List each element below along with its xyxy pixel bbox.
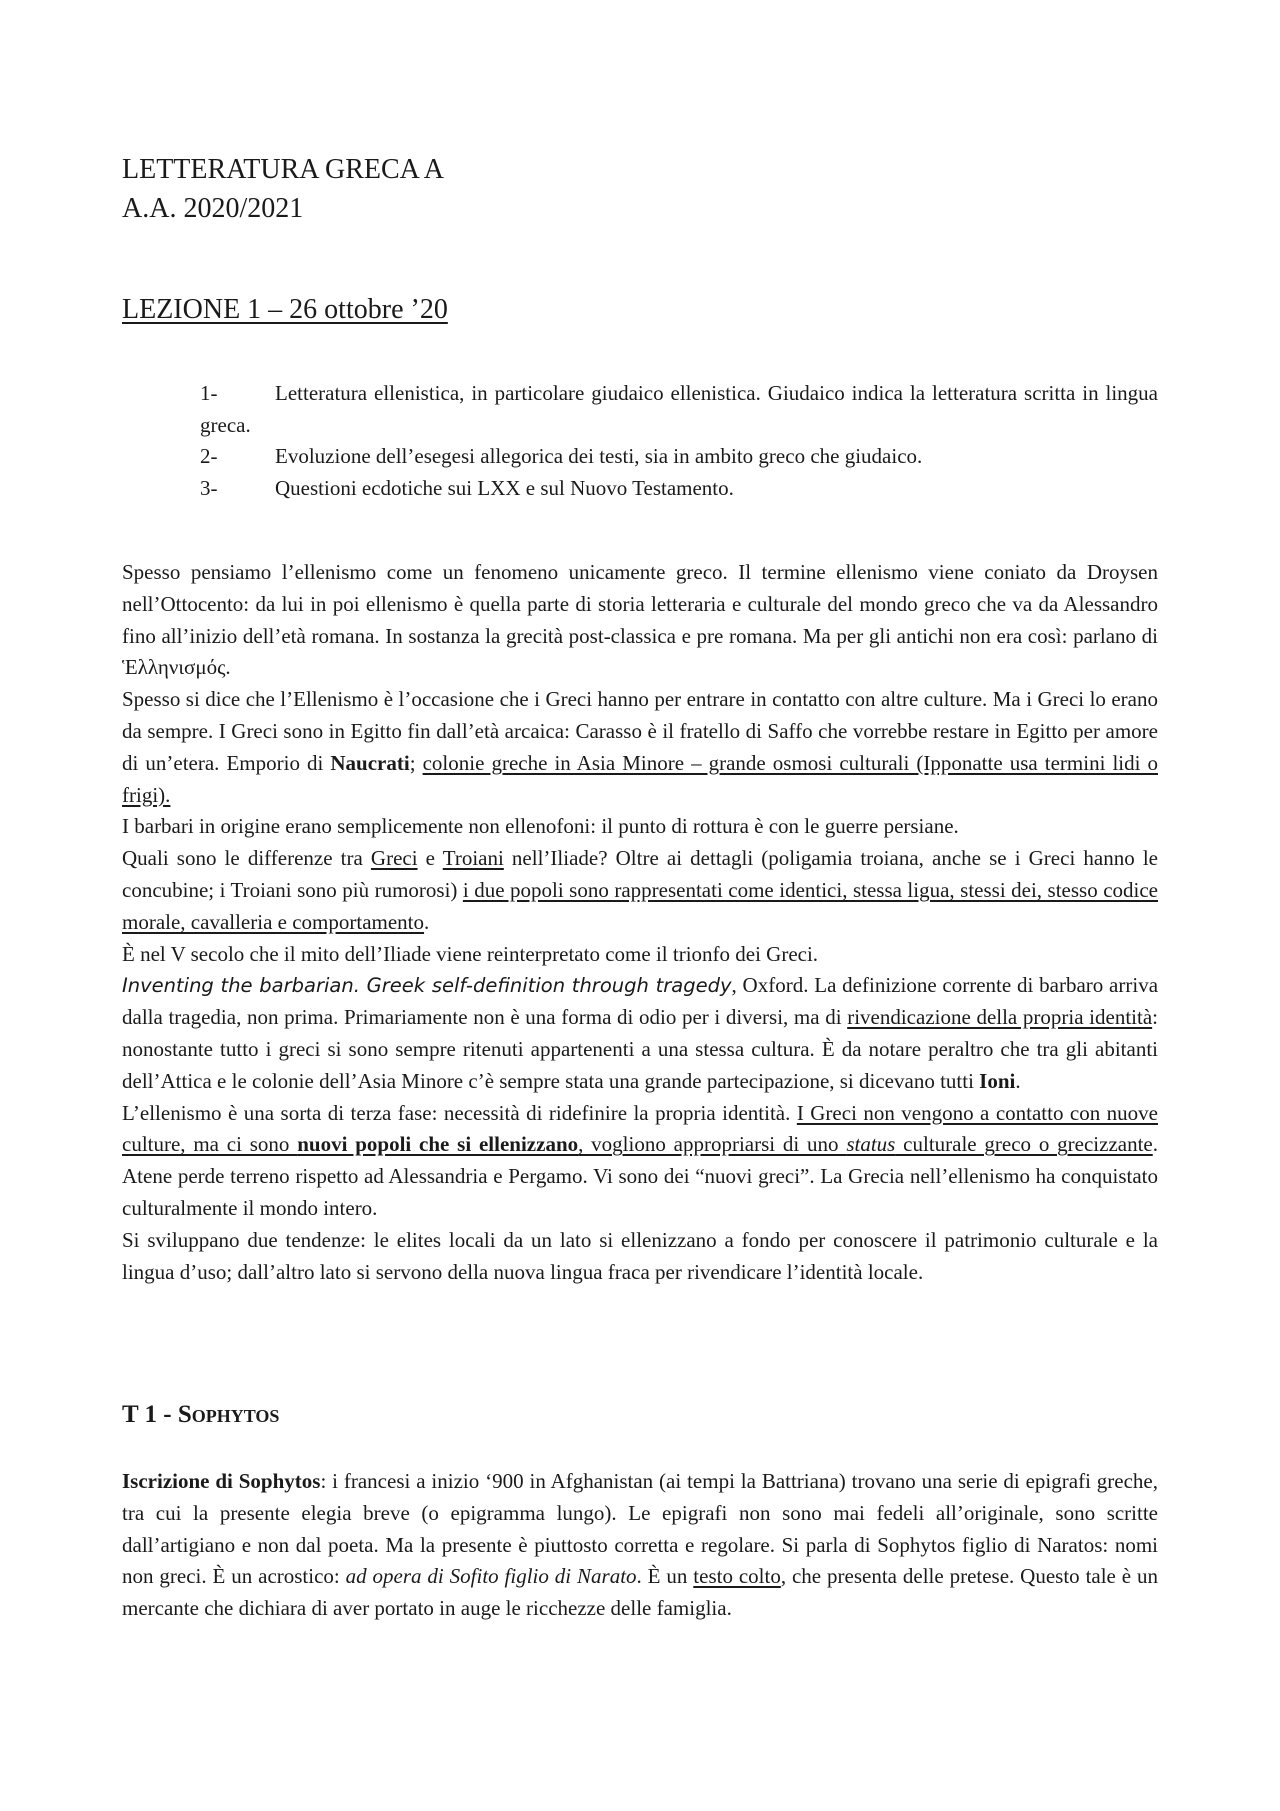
italic-underlined-text: status — [846, 1132, 895, 1156]
topic-item: 2-Evoluzione dell’esegesi allegorica dei… — [200, 441, 1158, 473]
lesson-body: Spesso pensiamo l’ellenismo come un feno… — [122, 557, 1158, 1288]
text-run: ; — [410, 751, 423, 775]
lesson-heading: LEZIONE 1 – 26 ottobre ’20 — [122, 291, 448, 329]
paragraph: Quali sono le differenze tra Greci e Tro… — [122, 843, 1158, 938]
text-run: e — [418, 846, 443, 870]
text-run: Quali sono le differenze tra — [122, 846, 371, 870]
section-title: Sophytos — [178, 1401, 280, 1428]
underlined-text: Greci — [371, 846, 418, 870]
underlined-text: , vogliono appropriarsi di uno — [578, 1132, 846, 1156]
paragraph: Inventing the barbarian. Greek self-defi… — [122, 970, 1158, 1097]
topic-number: 3- — [200, 473, 275, 505]
italic-text: ad opera di Sofito figlio di Narato — [346, 1564, 637, 1588]
topic-text: Questioni ecdotiche sui LXX e sul Nuovo … — [275, 476, 734, 500]
bold-term: Naucrati — [330, 751, 409, 775]
bold-term: Ioni — [979, 1069, 1015, 1093]
section-body: Iscrizione di Sophytos: i francesi a ini… — [122, 1466, 1158, 1625]
text-run: L’ellenismo è una sorta di terza fase: n… — [122, 1101, 797, 1125]
paragraph: Spesso pensiamo l’ellenismo come un feno… — [122, 557, 1158, 684]
paragraph: Spesso si dice che l’Ellenismo è l’occas… — [122, 684, 1158, 811]
underlined-text: Troiani — [443, 846, 504, 870]
topics-list: 1-Letteratura ellenistica, in particolar… — [200, 378, 1158, 504]
bold-term: Iscrizione di Sophytos — [122, 1469, 320, 1493]
topic-text: Evoluzione dell’esegesi allegorica dei t… — [275, 444, 922, 468]
text-run: . — [354, 974, 367, 997]
topic-number: 2- — [200, 441, 275, 473]
book-subtitle: Greek self-definition through tragedy — [367, 974, 732, 997]
underlined-text: culturale greco o grecizzante — [895, 1132, 1152, 1156]
underlined-text: testo colto — [693, 1564, 781, 1588]
academic-year: A.A. 2020/2021 — [122, 190, 303, 228]
topic-item: 1-Letteratura ellenistica, in particolar… — [200, 378, 1158, 441]
book-title: Inventing the barbarian — [122, 974, 354, 997]
paragraph: Si sviluppano due tendenze: le elites lo… — [122, 1225, 1158, 1289]
paragraph: Iscrizione di Sophytos: i francesi a ini… — [122, 1466, 1158, 1625]
text-run: . — [424, 910, 429, 934]
paragraph: L’ellenismo è una sorta di terza fase: n… — [122, 1098, 1158, 1225]
underlined-text: rivendicazione della propria identità — [847, 1005, 1152, 1029]
section-heading: T 1 - Sophytos — [122, 1398, 279, 1432]
text-run: . È un — [637, 1564, 694, 1588]
section-number: T 1 - — [122, 1401, 178, 1428]
paragraph: I barbari in origine erano semplicemente… — [122, 811, 1158, 843]
document-title: LETTERATURA GRECA A — [122, 151, 444, 189]
topic-text: Letteratura ellenistica, in particolare … — [200, 381, 1158, 437]
topic-item: 3-Questioni ecdotiche sui LXX e sul Nuov… — [200, 473, 1158, 505]
text-run: . — [1015, 1069, 1020, 1093]
paragraph: È nel V secolo che il mito dell’Iliade v… — [122, 939, 1158, 971]
bold-underlined-text: nuovi popoli che si ellenizzano — [297, 1132, 578, 1156]
topic-number: 1- — [200, 378, 275, 410]
